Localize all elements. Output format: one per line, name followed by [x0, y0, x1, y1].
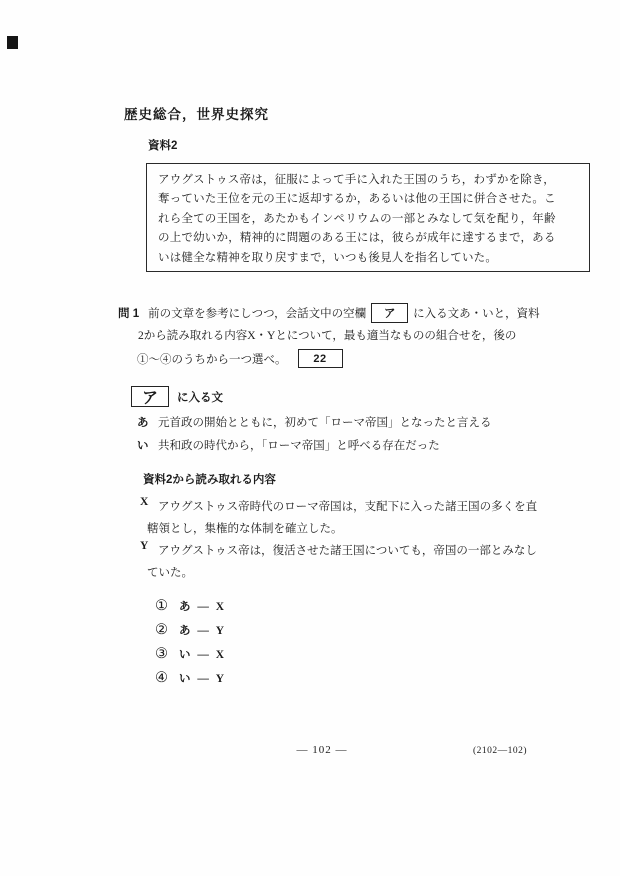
source-quote-box: アウグストゥス帝は，征服によって手に入れた王国のうち，わずかを除き， 奪っていた… — [146, 163, 590, 272]
question-text: に入る文あ・いと，資料 — [413, 305, 540, 321]
question-line-1: 問 1 前の文章を参考にしつつ，会話文中の空欄 ア に入る文あ・いと，資料 — [118, 303, 540, 323]
blank-option-i: い 共和政の時代から，「ローマ帝国」と呼べる存在だった — [137, 437, 440, 453]
reading-item-line: アウグストゥス帝は，復活させた諸王国についても，帝国の一部とみなし — [140, 540, 537, 562]
print-code: (2102—102) — [473, 746, 527, 756]
blank-section-heading-text: に入る文 — [177, 389, 223, 405]
print-registration-mark — [7, 36, 18, 49]
choice-1: ① あ ― X — [155, 598, 226, 614]
option-label: い — [137, 437, 158, 453]
reading-item-y: Y アウグストゥス帝は，復活させた諸王国についても，帝国の一部とみなし ていた。 — [140, 540, 537, 584]
option-text: 共和政の時代から，「ローマ帝国」と呼べる存在だった — [158, 437, 440, 453]
choice-text: あ ― X — [179, 598, 226, 614]
blank-option-a: あ 元首政の開始とともに，初めて「ローマ帝国」となったと言える — [137, 414, 492, 430]
blank-box-a: ア — [371, 303, 408, 323]
reading-section-heading: 資料2から読み取れる内容 — [143, 471, 276, 487]
option-label: あ — [137, 414, 158, 430]
answer-number-box: 22 — [298, 349, 343, 368]
choice-text: い ― X — [179, 646, 226, 662]
reading-item-line: アウグストゥス帝時代のローマ帝国は，支配下に入った諸王国の多くを直 — [140, 496, 537, 518]
question-text: 前の文章を参考にしつつ，会話文中の空欄 — [148, 305, 366, 321]
choice-text: あ ― Y — [179, 622, 226, 638]
reading-item-line: ていた。 — [140, 562, 537, 584]
blank-section-heading: ア に入る文 — [131, 386, 223, 407]
source-line: アウグストゥス帝は，征服によって手に入れた王国のうち，わずかを除き， — [158, 171, 578, 190]
source-line: いは健全な精神を取り戻すまで，いつも後見人を指名していた。 — [158, 249, 578, 268]
question-line-2: 2から読み取れる内容X・Yとについて，最も適当なものの組合せを，後の — [138, 327, 516, 343]
option-text: 元首政の開始とともに，初めて「ローマ帝国」となったと言える — [158, 414, 492, 430]
reading-item-label: X — [140, 496, 148, 508]
choice-4: ④ い ― Y — [155, 670, 226, 686]
page-title: 歴史総合，世界史探究 — [124, 103, 269, 123]
exam-page: 歴史総合，世界史探究 資料2 アウグストゥス帝は，征服によって手に入れた王国のう… — [0, 0, 620, 876]
question-text: ①～④のうちから一つ選べ。 — [137, 351, 287, 367]
reading-item-x: X アウグストゥス帝時代のローマ帝国は，支配下に入った諸王国の多くを直 轄領とし… — [140, 496, 537, 540]
choice-text: い ― Y — [179, 670, 226, 686]
reading-item-label: Y — [140, 540, 148, 552]
question-line-3: ①～④のうちから一つ選べ。 22 — [137, 349, 343, 368]
choice-2: ② あ ― Y — [155, 622, 226, 638]
source-line: の上で幼いか，精神的に問題のある王には，彼らが成年に達するまで，ある — [158, 229, 578, 248]
choice-number-icon: ① — [155, 599, 168, 613]
choice-number-icon: ④ — [155, 671, 168, 685]
reading-item-line: 轄領とし，集権的な体制を確立した。 — [140, 518, 537, 540]
source-line: 奪っていた王位を元の王に返却するか，あるいは他の王国に併合させた。こ — [158, 190, 578, 209]
choice-number-icon: ③ — [155, 647, 168, 661]
source-document-label: 資料2 — [148, 137, 177, 153]
choice-3: ③ い ― X — [155, 646, 226, 662]
question-number: 問 1 — [118, 305, 139, 321]
blank-box-a: ア — [131, 386, 169, 407]
source-line: れら全ての王国を，あたかもインペリウムの一部とみなして気を配り，年齢 — [158, 210, 578, 229]
choice-number-icon: ② — [155, 623, 168, 637]
